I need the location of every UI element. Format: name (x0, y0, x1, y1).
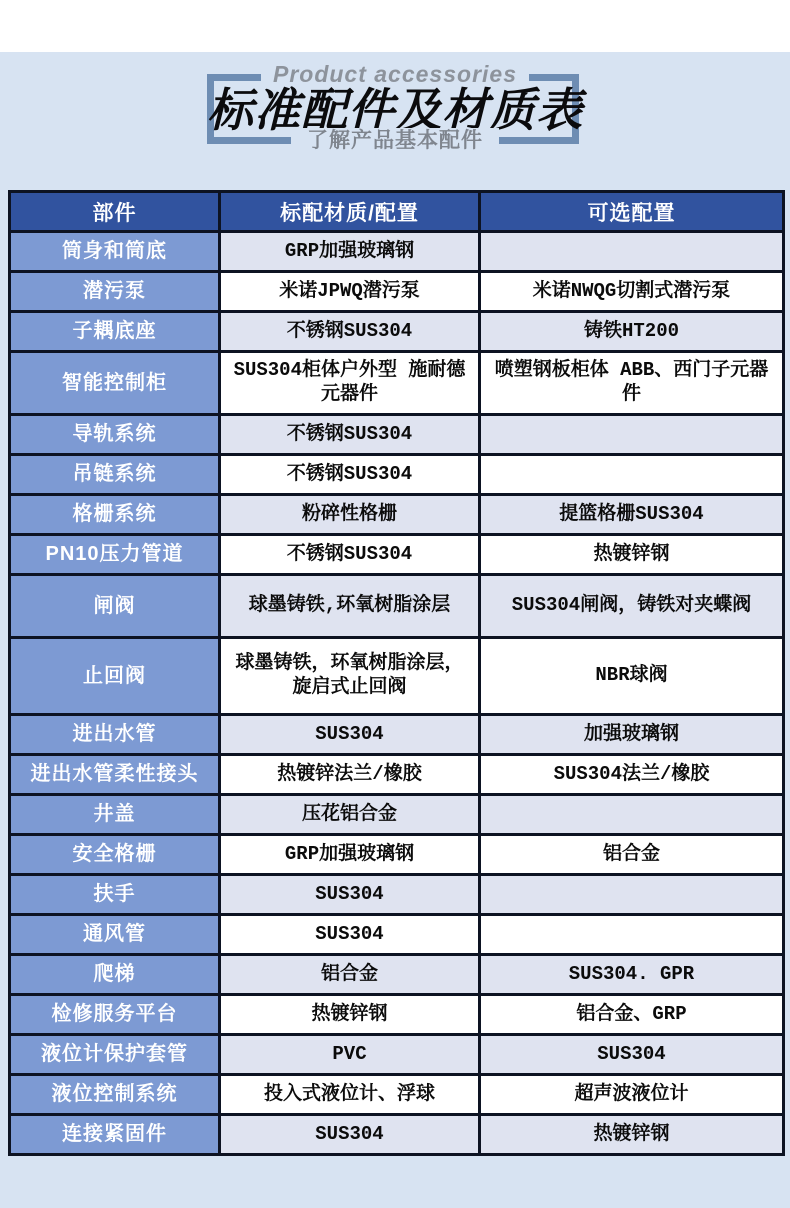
optional-cell: 热镀锌钢 (480, 1115, 784, 1155)
part-cell: 进出水管 (10, 715, 220, 755)
optional-cell: SUS304闸阀，铸铁对夹蝶阀 (480, 575, 784, 638)
standard-cell: 热镀锌钢 (220, 995, 480, 1035)
title-block: Product accessories 标准配件及材质表 了解产品基本配件 (0, 0, 790, 190)
part-cell: 导轨系统 (10, 415, 220, 455)
table-row: 检修服务平台 热镀锌钢 铝合金、GRP (10, 995, 784, 1035)
table-row: 进出水管柔性接头 热镀锌法兰/橡胶 SUS304法兰/橡胶 (10, 755, 784, 795)
part-cell: 止回阀 (10, 638, 220, 715)
standard-cell: 热镀锌法兰/橡胶 (220, 755, 480, 795)
part-cell: 液位控制系统 (10, 1075, 220, 1115)
optional-cell (480, 455, 784, 495)
table-row: 扶手 SUS304 (10, 875, 784, 915)
optional-cell: SUS304 (480, 1035, 784, 1075)
table-row: 安全格栅 GRP加强玻璃钢 铝合金 (10, 835, 784, 875)
optional-cell: 米诺NWQG切割式潜污泵 (480, 272, 784, 312)
table-row: 智能控制柜 SUS304柜体户外型 施耐德元器件 喷塑钢板柜体 ABB、西门子元… (10, 352, 784, 415)
part-cell: 爬梯 (10, 955, 220, 995)
part-cell: 进出水管柔性接头 (10, 755, 220, 795)
table-row: 液位控制系统 投入式液位计、浮球 超声波液位计 (10, 1075, 784, 1115)
standard-cell: SUS304 (220, 915, 480, 955)
standard-cell: 不锈钢SUS304 (220, 312, 480, 352)
standard-cell: SUS304 (220, 875, 480, 915)
table-row: 止回阀 球墨铸铁，环氧树脂涂层，旋启式止回阀 NBR球阀 (10, 638, 784, 715)
col-header-standard: 标配材质/配置 (220, 192, 480, 232)
standard-cell: 压花铝合金 (220, 795, 480, 835)
optional-cell: 喷塑钢板柜体 ABB、西门子元器件 (480, 352, 784, 415)
standard-cell: SUS304 (220, 715, 480, 755)
standard-cell: GRP加强玻璃钢 (220, 232, 480, 272)
part-cell: 子耦底座 (10, 312, 220, 352)
optional-cell (480, 795, 784, 835)
standard-cell: GRP加强玻璃钢 (220, 835, 480, 875)
standard-cell: SUS304 (220, 1115, 480, 1155)
optional-cell: 铝合金、GRP (480, 995, 784, 1035)
table-row: 格栅系统 粉碎性格栅 提篮格栅SUS304 (10, 495, 784, 535)
part-cell: 液位计保护套管 (10, 1035, 220, 1075)
part-cell: 通风管 (10, 915, 220, 955)
standard-cell: 球墨铸铁，环氧树脂涂层，旋启式止回阀 (220, 638, 480, 715)
standard-cell: 不锈钢SUS304 (220, 535, 480, 575)
optional-cell: 热镀锌钢 (480, 535, 784, 575)
optional-cell (480, 232, 784, 272)
standard-cell: 球墨铸铁,环氧树脂涂层 (220, 575, 480, 638)
part-cell: 智能控制柜 (10, 352, 220, 415)
optional-cell (480, 915, 784, 955)
optional-cell: 铝合金 (480, 835, 784, 875)
optional-cell (480, 415, 784, 455)
table-row: 液位计保护套管 PVC SUS304 (10, 1035, 784, 1075)
table-row: 导轨系统 不锈钢SUS304 (10, 415, 784, 455)
part-cell: 吊链系统 (10, 455, 220, 495)
standard-cell: PVC (220, 1035, 480, 1075)
standard-cell: 米诺JPWQ潜污泵 (220, 272, 480, 312)
standard-cell: 不锈钢SUS304 (220, 455, 480, 495)
table-row: 井盖 压花铝合金 (10, 795, 784, 835)
standard-cell: 不锈钢SUS304 (220, 415, 480, 455)
optional-cell: SUS304. GPR (480, 955, 784, 995)
col-header-optional: 可选配置 (480, 192, 784, 232)
table-row: 通风管 SUS304 (10, 915, 784, 955)
optional-cell: 提篮格栅SUS304 (480, 495, 784, 535)
optional-cell: NBR球阀 (480, 638, 784, 715)
standard-cell: 铝合金 (220, 955, 480, 995)
table-row: 子耦底座 不锈钢SUS304 铸铁HT200 (10, 312, 784, 352)
part-cell: 安全格栅 (10, 835, 220, 875)
table-row: 闸阀 球墨铸铁,环氧树脂涂层 SUS304闸阀，铸铁对夹蝶阀 (10, 575, 784, 638)
part-cell: 检修服务平台 (10, 995, 220, 1035)
table-row: 连接紧固件 SUS304 热镀锌钢 (10, 1115, 784, 1155)
subtitle-text: 了解产品基本配件 (291, 128, 499, 154)
spec-table: 部件 标配材质/配置 可选配置 筒身和筒底 GRP加强玻璃钢 潜污泵 米诺JPW… (8, 190, 785, 1156)
standard-cell: 粉碎性格栅 (220, 495, 480, 535)
part-cell: 筒身和筒底 (10, 232, 220, 272)
part-cell: 闸阀 (10, 575, 220, 638)
table-row: PN10压力管道 不锈钢SUS304 热镀锌钢 (10, 535, 784, 575)
table-row: 筒身和筒底 GRP加强玻璃钢 (10, 232, 784, 272)
table-header-row: 部件 标配材质/配置 可选配置 (10, 192, 784, 232)
part-cell: PN10压力管道 (10, 535, 220, 575)
standard-cell: 投入式液位计、浮球 (220, 1075, 480, 1115)
optional-cell: 铸铁HT200 (480, 312, 784, 352)
table-row: 爬梯 铝合金 SUS304. GPR (10, 955, 784, 995)
part-cell: 连接紧固件 (10, 1115, 220, 1155)
col-header-part: 部件 (10, 192, 220, 232)
table-row: 进出水管 SUS304 加强玻璃钢 (10, 715, 784, 755)
optional-cell (480, 875, 784, 915)
optional-cell: 加强玻璃钢 (480, 715, 784, 755)
table-row: 吊链系统 不锈钢SUS304 (10, 455, 784, 495)
part-cell: 井盖 (10, 795, 220, 835)
table-row: 潜污泵 米诺JPWQ潜污泵 米诺NWQG切割式潜污泵 (10, 272, 784, 312)
part-cell: 扶手 (10, 875, 220, 915)
optional-cell: 超声波液位计 (480, 1075, 784, 1115)
part-cell: 潜污泵 (10, 272, 220, 312)
optional-cell: SUS304法兰/橡胶 (480, 755, 784, 795)
subtitle-row: 了解产品基本配件 (0, 128, 790, 156)
part-cell: 格栅系统 (10, 495, 220, 535)
standard-cell: SUS304柜体户外型 施耐德元器件 (220, 352, 480, 415)
